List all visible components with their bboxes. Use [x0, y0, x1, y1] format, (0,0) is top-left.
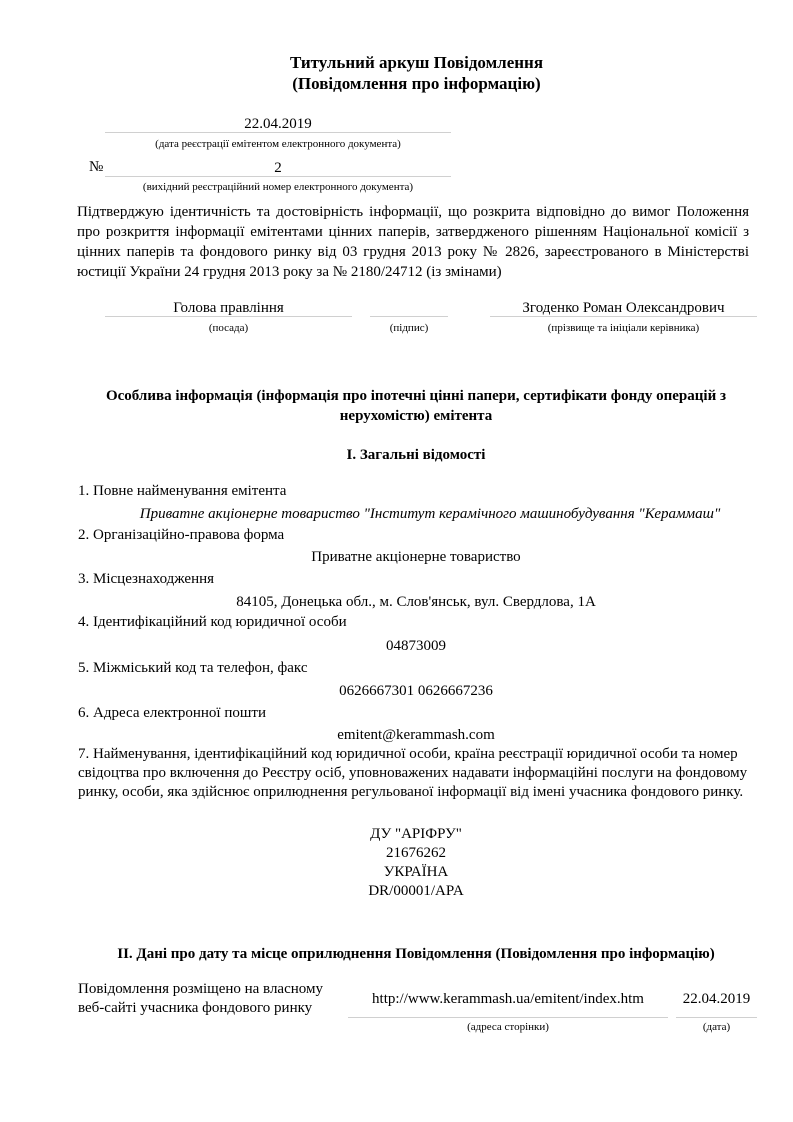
publication-url-caption: (адреса сторінки) — [348, 1021, 668, 1033]
publication-date-caption: (дата) — [676, 1021, 757, 1033]
title-line-2: (Повідомлення про інформацію) — [0, 73, 793, 94]
head-name-value: Згоденко Роман Олександрович — [490, 299, 757, 317]
registration-number-rule — [105, 176, 451, 177]
item-7-certificate: DR/00001/APA — [78, 882, 754, 901]
registration-number-value: 2 — [105, 159, 451, 177]
position-value: Голова правління — [105, 299, 352, 317]
section-2-heading: II. Дані про дату та місце оприлюднення … — [78, 944, 754, 964]
item-1-value: Приватне акціонерне товариство "Інститут… — [100, 505, 760, 523]
item-2-label: 2. Організаційно-правова форма — [78, 526, 284, 544]
publication-url-value[interactable]: http://www.kerammash.ua/emitent/index.ht… — [348, 990, 668, 1008]
item-6-label: 6. Адреса електронної пошти — [78, 704, 266, 722]
item-1-label: 1. Повне найменування емітента — [78, 482, 286, 500]
item-7-name: ДУ "АРІФРУ" — [78, 825, 754, 844]
item-7-label: 7. Найменування, ідентифікаційний код юр… — [78, 745, 750, 802]
registration-date-value: 22.04.2019 — [105, 115, 451, 133]
special-info-heading: Особлива інформація (інформація про іпот… — [78, 386, 754, 426]
publication-url-rule — [348, 1017, 668, 1018]
item-2-value: Приватне акціонерне товариство — [78, 548, 754, 566]
item-3-label: 3. Місцезнаходження — [78, 570, 214, 588]
registration-date-caption: (дата реєстрації емітентом електронного … — [105, 138, 451, 150]
registration-number-caption: (вихідний реєстраційний номер електронно… — [105, 181, 451, 193]
signature-rule — [370, 316, 448, 317]
item-5-label: 5. Міжміський код та телефон, факс — [78, 659, 307, 677]
item-6-value: emitent@kerammash.com — [78, 726, 754, 744]
head-name-rule — [490, 316, 757, 317]
item-4-label: 4. Ідентифікаційний код юридичної особи — [78, 613, 347, 631]
publication-date-value: 22.04.2019 — [676, 990, 757, 1008]
item-5-value: 0626667301 0626667236 — [78, 682, 754, 700]
page-title: Титульний аркуш Повідомлення (Повідомлен… — [0, 52, 793, 94]
confirmation-text: Підтверджую ідентичність та достовірніст… — [77, 202, 749, 282]
position-caption: (посада) — [105, 322, 352, 334]
position-rule — [105, 316, 352, 317]
head-name-caption: (прізвище та ініціали керівника) — [490, 322, 757, 334]
section-1-heading: I. Загальні відомості — [78, 445, 754, 465]
publication-label: Повідомлення розміщено на власному веб-с… — [78, 980, 343, 1018]
item-3-value: 84105, Донецька обл., м. Слов'янськ, вул… — [78, 593, 754, 611]
title-line-1: Титульний аркуш Повідомлення — [0, 52, 793, 73]
number-sign: № — [89, 159, 103, 176]
item-4-value: 04873009 — [78, 637, 754, 655]
item-7-code: 21676262 — [78, 844, 754, 863]
signature-caption: (підпис) — [370, 322, 448, 334]
publication-date-rule — [676, 1017, 757, 1018]
item-7-country: УКРАЇНА — [78, 863, 754, 882]
registration-date-rule — [105, 132, 451, 133]
item-7-block: ДУ "АРІФРУ" 21676262 УКРАЇНА DR/00001/AP… — [78, 825, 754, 901]
